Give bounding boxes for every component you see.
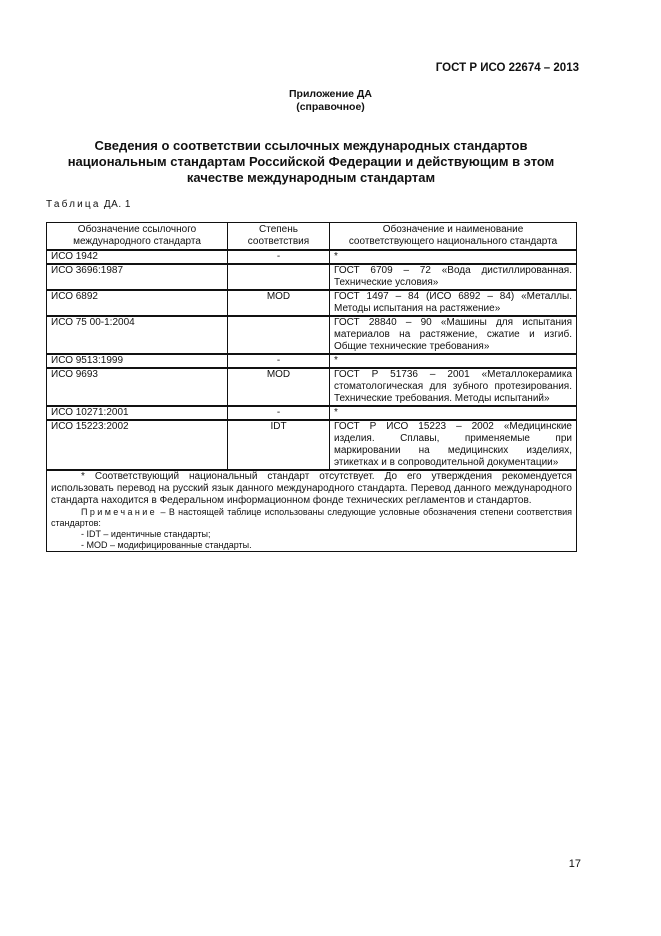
appendix-title: Приложение ДА (0, 88, 661, 101)
national-standard-cell: ГОСТ 6709 – 72 «Вода дистиллированная. Т… (330, 264, 577, 290)
main-title-line-2: национальным стандартам Российской Федер… (46, 154, 576, 170)
main-title-line-3: качестве международным стандартам (46, 170, 576, 186)
column-header-reference: Обозначение ссылочного международного ст… (47, 223, 228, 251)
degree-cell: - (228, 406, 330, 420)
national-standard-cell: ГОСТ 28840 – 90 «Машины для испытания ма… (330, 316, 577, 354)
document-code: ГОСТ Р ИСО 22674 – 2013 (436, 62, 579, 74)
note-list-item: - MOD – модифицированные стандарты. (81, 540, 572, 551)
degree-cell: - (228, 250, 330, 264)
table-notes-cell: * Соответствующий национальный стандарт … (47, 470, 577, 552)
header-line: соответствующего национального стандарта (334, 236, 572, 248)
table-header-row: Обозначение ссылочного международного ст… (47, 223, 577, 251)
note-label: Примечание (81, 507, 157, 517)
table-caption: Таблица ДА. 1 (46, 199, 131, 210)
reference-standard-cell: ИСО 6892 (47, 290, 228, 316)
degree-cell: MOD (228, 368, 330, 406)
header-line: международного стандарта (51, 236, 223, 248)
national-standard-cell: * (330, 406, 577, 420)
reference-standard-cell: ИСО 3696:1987 (47, 264, 228, 290)
appendix-subtitle: (справочное) (0, 101, 661, 114)
note-paragraph: Примечание – В настоящей таблице использ… (51, 507, 572, 529)
national-standard-cell: ГОСТ Р ИСО 15223 – 2002 «Медицинские изд… (330, 420, 577, 470)
table-row: ИСО 15223:2002 IDT ГОСТ Р ИСО 15223 – 20… (47, 420, 577, 470)
national-standard-cell: * (330, 250, 577, 264)
degree-cell (228, 264, 330, 290)
table-caption-number: ДА. 1 (104, 199, 131, 210)
table-row: ИСО 75 00-1:2004 ГОСТ 28840 – 90 «Машины… (47, 316, 577, 354)
reference-standard-cell: ИСО 10271:2001 (47, 406, 228, 420)
national-standard-cell: ГОСТ 1497 – 84 (ИСО 6892 – 84) «Металлы.… (330, 290, 577, 316)
appendix-heading: Приложение ДА (справочное) (0, 88, 661, 114)
table-row: ИСО 9693 MOD ГОСТ Р 51736 – 2001 «Металл… (47, 368, 577, 406)
table-notes-row: * Соответствующий национальный стандарт … (47, 470, 577, 552)
main-title: Сведения о соответствии ссылочных междун… (46, 138, 576, 186)
main-title-line-1: Сведения о соответствии ссылочных междун… (46, 138, 576, 154)
reference-standard-cell: ИСО 1942 (47, 250, 228, 264)
reference-standard-cell: ИСО 9693 (47, 368, 228, 406)
degree-cell: - (228, 354, 330, 368)
degree-cell: MOD (228, 290, 330, 316)
table-row: ИСО 9513:1999 - * (47, 354, 577, 368)
header-line: соответствия (232, 236, 325, 248)
table-row: ИСО 6892 MOD ГОСТ 1497 – 84 (ИСО 6892 – … (47, 290, 577, 316)
degree-cell (228, 316, 330, 354)
header-line: Степень (232, 224, 325, 236)
table-caption-prefix: Таблица (46, 199, 101, 210)
column-header-national: Обозначение и наименование соответствующ… (330, 223, 577, 251)
table-row: ИСО 10271:2001 - * (47, 406, 577, 420)
note-list: - IDT – идентичные стандарты; - MOD – мо… (51, 529, 572, 551)
reference-standard-cell: ИСО 9513:1999 (47, 354, 228, 368)
degree-cell: IDT (228, 420, 330, 470)
national-standard-cell: ГОСТ Р 51736 – 2001 «Металлокерамика сто… (330, 368, 577, 406)
table-row: ИСО 1942 - * (47, 250, 577, 264)
header-line: Обозначение и наименование (334, 224, 572, 236)
standards-correspondence-table: Обозначение ссылочного международного ст… (46, 222, 577, 552)
page-number: 17 (569, 858, 581, 870)
reference-standard-cell: ИСО 15223:2002 (47, 420, 228, 470)
note-list-item: - IDT – идентичные стандарты; (81, 529, 572, 540)
reference-standard-cell: ИСО 75 00-1:2004 (47, 316, 228, 354)
footnote-text: * Соответствующий национальный стандарт … (51, 471, 572, 507)
table-row: ИСО 3696:1987 ГОСТ 6709 – 72 «Вода дисти… (47, 264, 577, 290)
column-header-degree: Степень соответствия (228, 223, 330, 251)
national-standard-cell: * (330, 354, 577, 368)
header-line: Обозначение ссылочного (51, 224, 223, 236)
